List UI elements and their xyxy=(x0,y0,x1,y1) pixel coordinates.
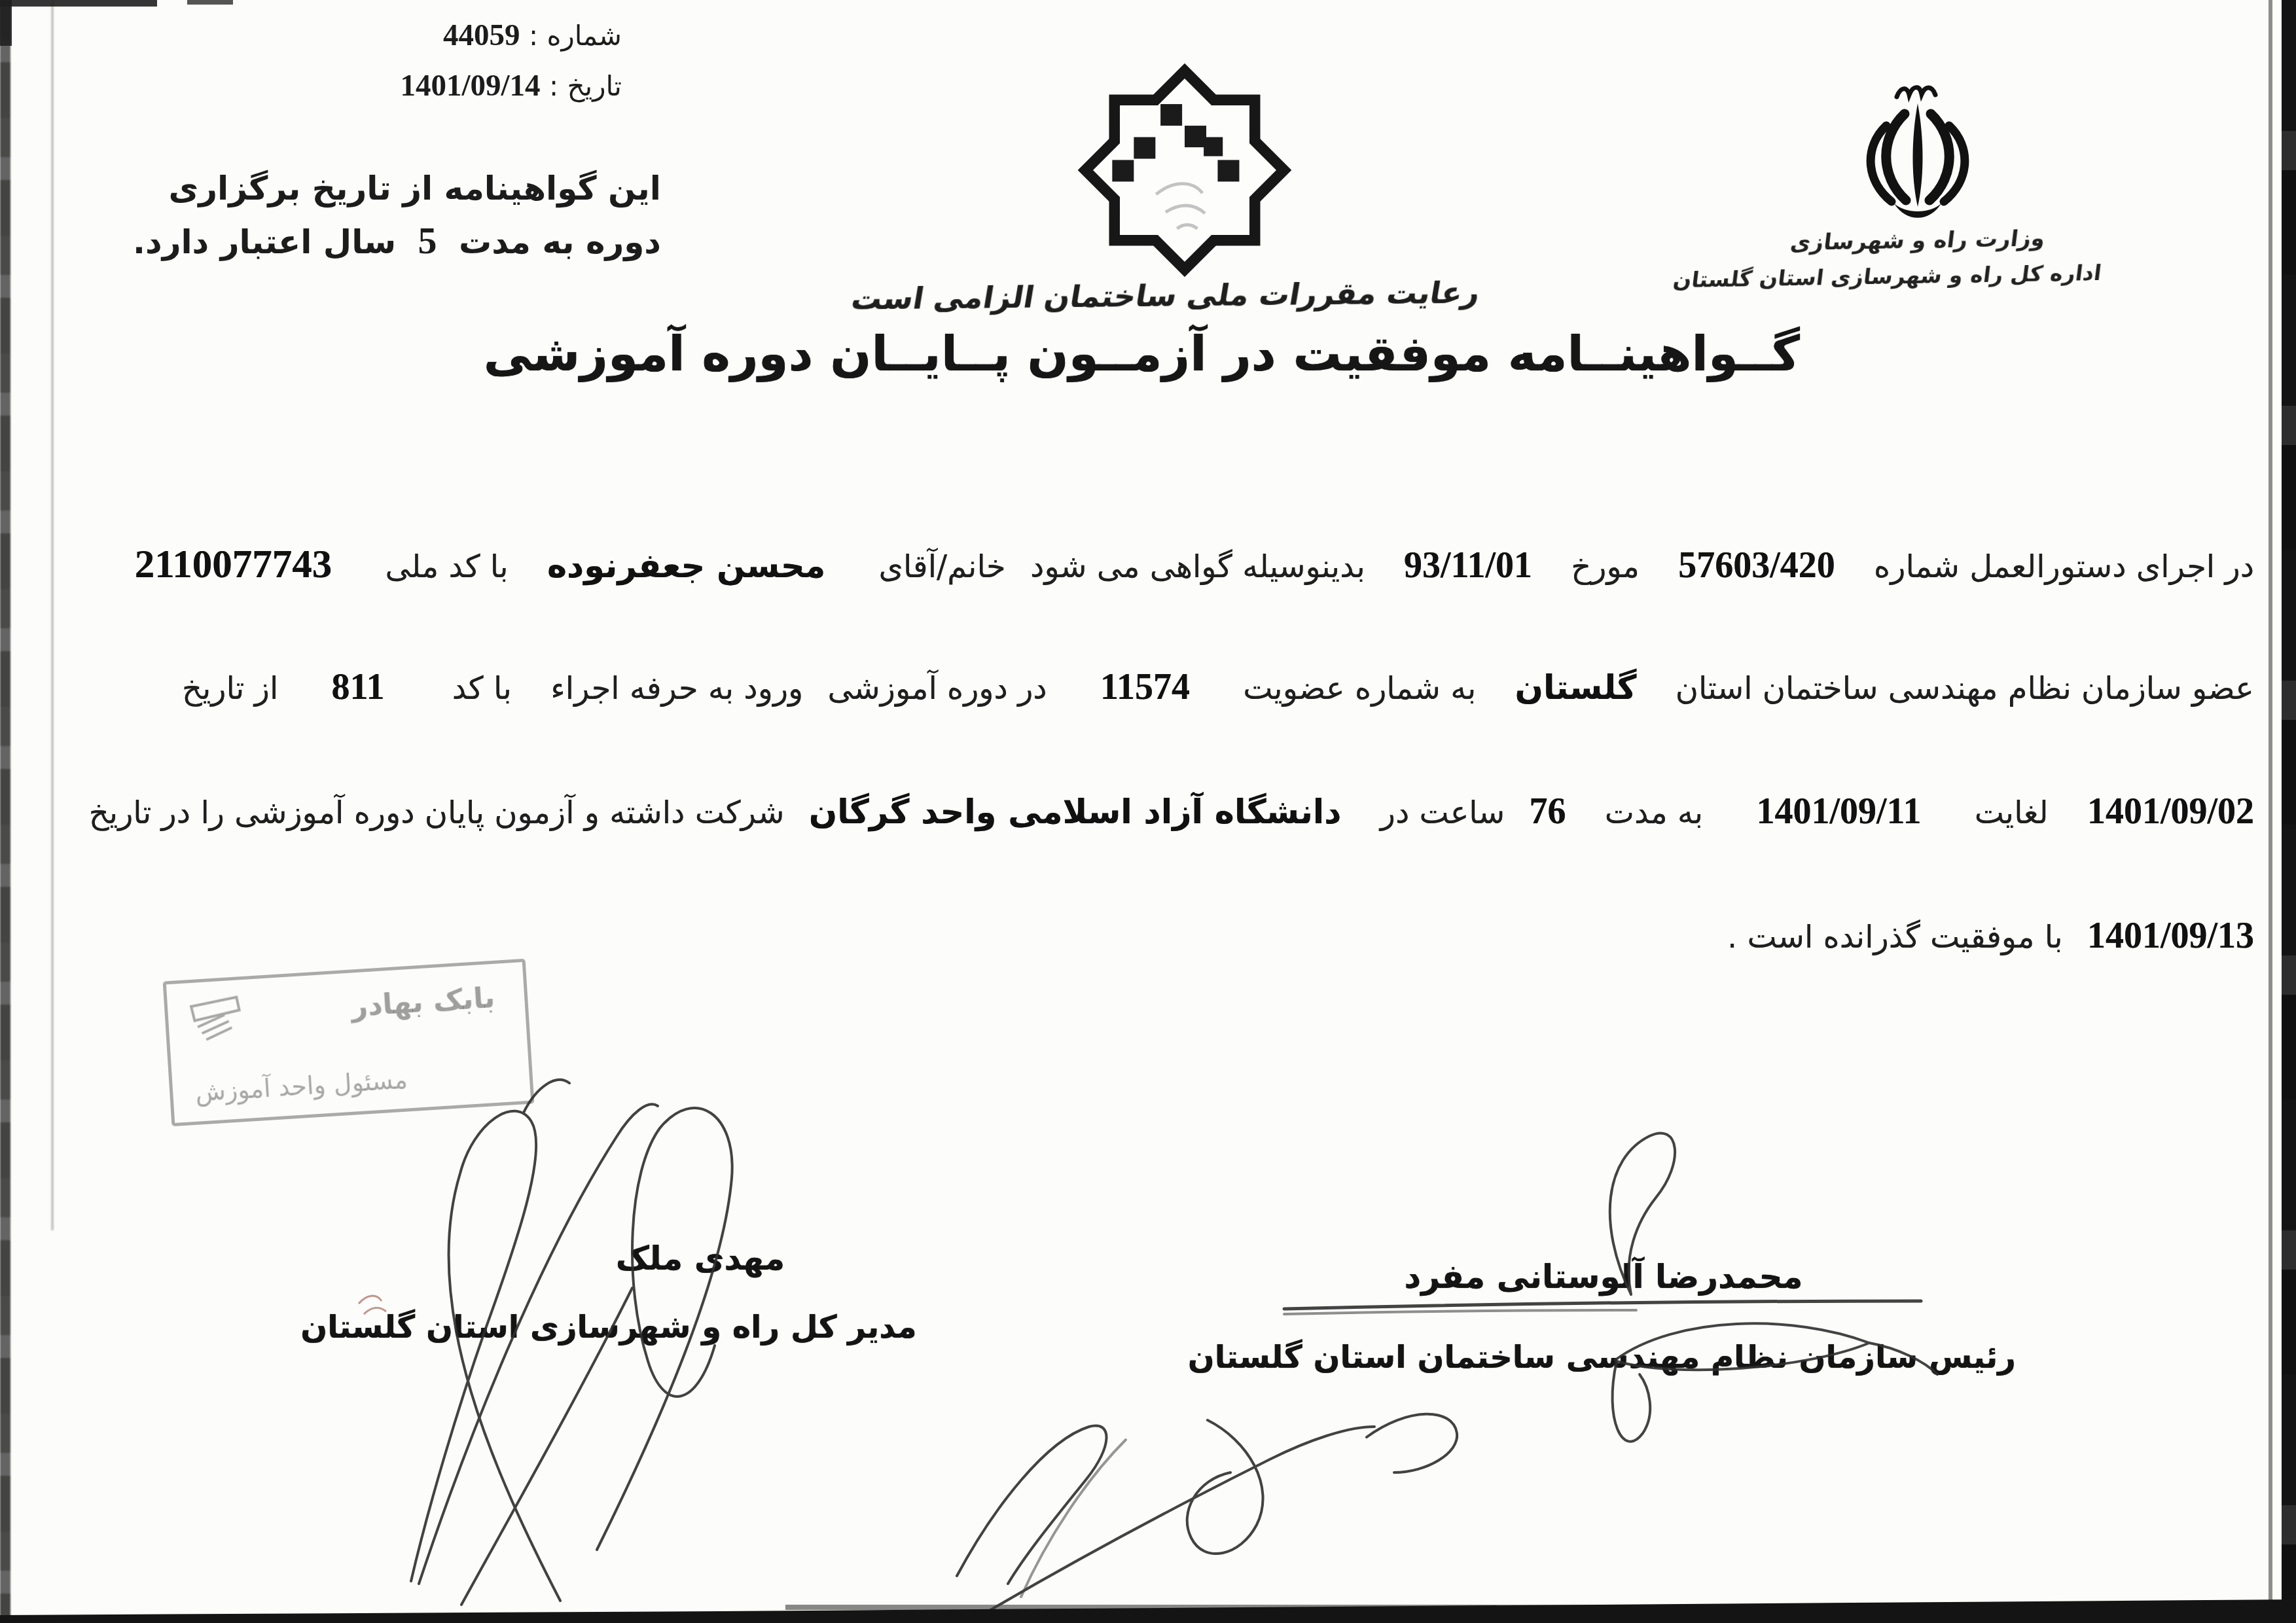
body-text: عضو سازمان نظام مهندسی ساختمان استان xyxy=(1676,670,2254,707)
course-name: ورود به حرفه اجراء xyxy=(550,670,803,707)
date-line: تاریخ : 1401/09/14 xyxy=(164,61,622,111)
serial-line: شماره : 44059 xyxy=(164,10,622,61)
course-code: 811 xyxy=(331,667,384,707)
right-signature-title: رئیس سازمان نظام مهندسی ساختمان استان گل… xyxy=(1198,1339,2016,1376)
scan-edge-right xyxy=(2282,0,2296,1623)
scan-edge-left xyxy=(0,0,10,1623)
scan-edge-top-dash xyxy=(187,0,233,5)
body-text: لغایت xyxy=(1975,794,2049,831)
body-text: مورخ xyxy=(1571,548,1640,585)
scan-edge-top xyxy=(0,0,157,7)
scan-edge-bottom xyxy=(0,1599,2296,1623)
slogan-calligraphy: رعایت مقررات ملی ساختمان الزامی است xyxy=(874,274,1483,316)
validity-years-value: 5 xyxy=(418,219,437,262)
issue-date-value: 1401/09/14 xyxy=(400,69,540,103)
faded-stamp-mark-icon xyxy=(184,992,259,1049)
scan-edge-top-corner xyxy=(0,0,12,46)
national-id: 2110077743 xyxy=(135,543,332,586)
validity-line2-suffix: سال اعتبار دارد. xyxy=(133,223,396,261)
directive-date: 93/11/01 xyxy=(1404,545,1532,586)
stamp-role: مسئول واحد آموزش xyxy=(194,1065,408,1107)
left-signature-title: مدیر کل راه و شهرسازی استان گلستان xyxy=(249,1309,969,1346)
ministry-name: وزارت راه و شهرسازی xyxy=(1765,225,2070,257)
certificate-page: شماره : 44059 تاریخ : 1401/09/14 این گوا… xyxy=(0,0,2296,1623)
provincial-office-name: اداره کل راه و شهرسازی استان گلستان xyxy=(1732,260,2103,292)
serial-label: شماره : xyxy=(529,20,622,52)
serial-value: 44059 xyxy=(443,18,520,52)
body-text: بدینوسیله گواهی می شود xyxy=(1030,548,1365,585)
body-text: ساعت در xyxy=(1380,794,1505,831)
body-text: در اجرای دستورالعمل شماره xyxy=(1874,548,2254,585)
body-line-4: 1401/09/13 با موفقیت گذرانده است . xyxy=(1713,915,2254,957)
exam-date: 1401/09/13 xyxy=(2087,916,2254,956)
document-number-block: شماره : 44059 تاریخ : 1401/09/14 xyxy=(164,10,622,111)
body-text: شرکت داشته و آزمون پایان دوره آموزشی را … xyxy=(89,794,785,831)
body-text: با کد xyxy=(452,670,512,707)
bottom-signature-scribble xyxy=(957,1414,1457,1611)
validity-line1: این گواهینامه از تاریخ برگزاری xyxy=(98,162,661,215)
left-signature-name: مهدی ملک xyxy=(563,1240,838,1277)
province-name: گلستان xyxy=(1515,669,1637,707)
iran-emblem-icon xyxy=(1833,73,2003,230)
membership-number: 11574 xyxy=(1100,667,1190,707)
body-text: در دوره آموزشی xyxy=(828,670,1047,707)
scan-edge-right-inner xyxy=(2269,0,2272,1623)
body-line-3: 1401/09/02 لغایت 1401/09/11 به مدت 76 سا… xyxy=(89,791,2254,832)
right-signature-name: محمدرضا آلوستانی مفرد xyxy=(1335,1258,1872,1296)
stamp-name: بابک بهادر xyxy=(350,981,496,1024)
body-text: به شماره عضویت xyxy=(1243,670,1476,707)
course-start-date: 1401/09/02 xyxy=(2087,791,2254,832)
course-hours: 76 xyxy=(1529,791,1566,832)
validity-note: این گواهینامه از تاریخ برگزاری دوره به م… xyxy=(98,162,661,268)
directive-number: 57603/420 xyxy=(1678,545,1835,586)
validity-line2-prefix: دوره به مدت xyxy=(459,223,661,261)
course-end-date: 1401/09/11 xyxy=(1756,791,1921,832)
salutation: خانم/آقای xyxy=(879,548,1006,585)
training-unit-stamp: بابک بهادر مسئول واحد آموزش xyxy=(163,959,535,1126)
body-text: از تاریخ xyxy=(182,670,278,707)
body-text: با کد ملی xyxy=(386,548,509,585)
venue-name: دانشگاه آزاد اسلامی واحد گرگان xyxy=(809,793,1342,832)
validity-line2: دوره به مدت 5 سال اعتبار دارد. xyxy=(98,215,661,268)
issue-date-label: تاریخ : xyxy=(549,70,622,102)
body-line-2: عضو سازمان نظام مهندسی ساختمان استان گلس… xyxy=(182,666,2254,708)
body-line-1: در اجرای دستورالعمل شماره 57603/420 مورخ… xyxy=(92,542,2254,588)
body-text: با موفقیت گذرانده است . xyxy=(1727,919,2063,955)
recipient-name: محسن جعفرنوده xyxy=(547,547,825,586)
certificate-title: گــواهینــامه موفقیت در آزمــون پــایــا… xyxy=(556,326,1800,382)
body-text: به مدت xyxy=(1605,794,1703,831)
building-regulations-star-logo xyxy=(1077,62,1293,278)
scan-edge-left-inner xyxy=(51,0,54,1230)
